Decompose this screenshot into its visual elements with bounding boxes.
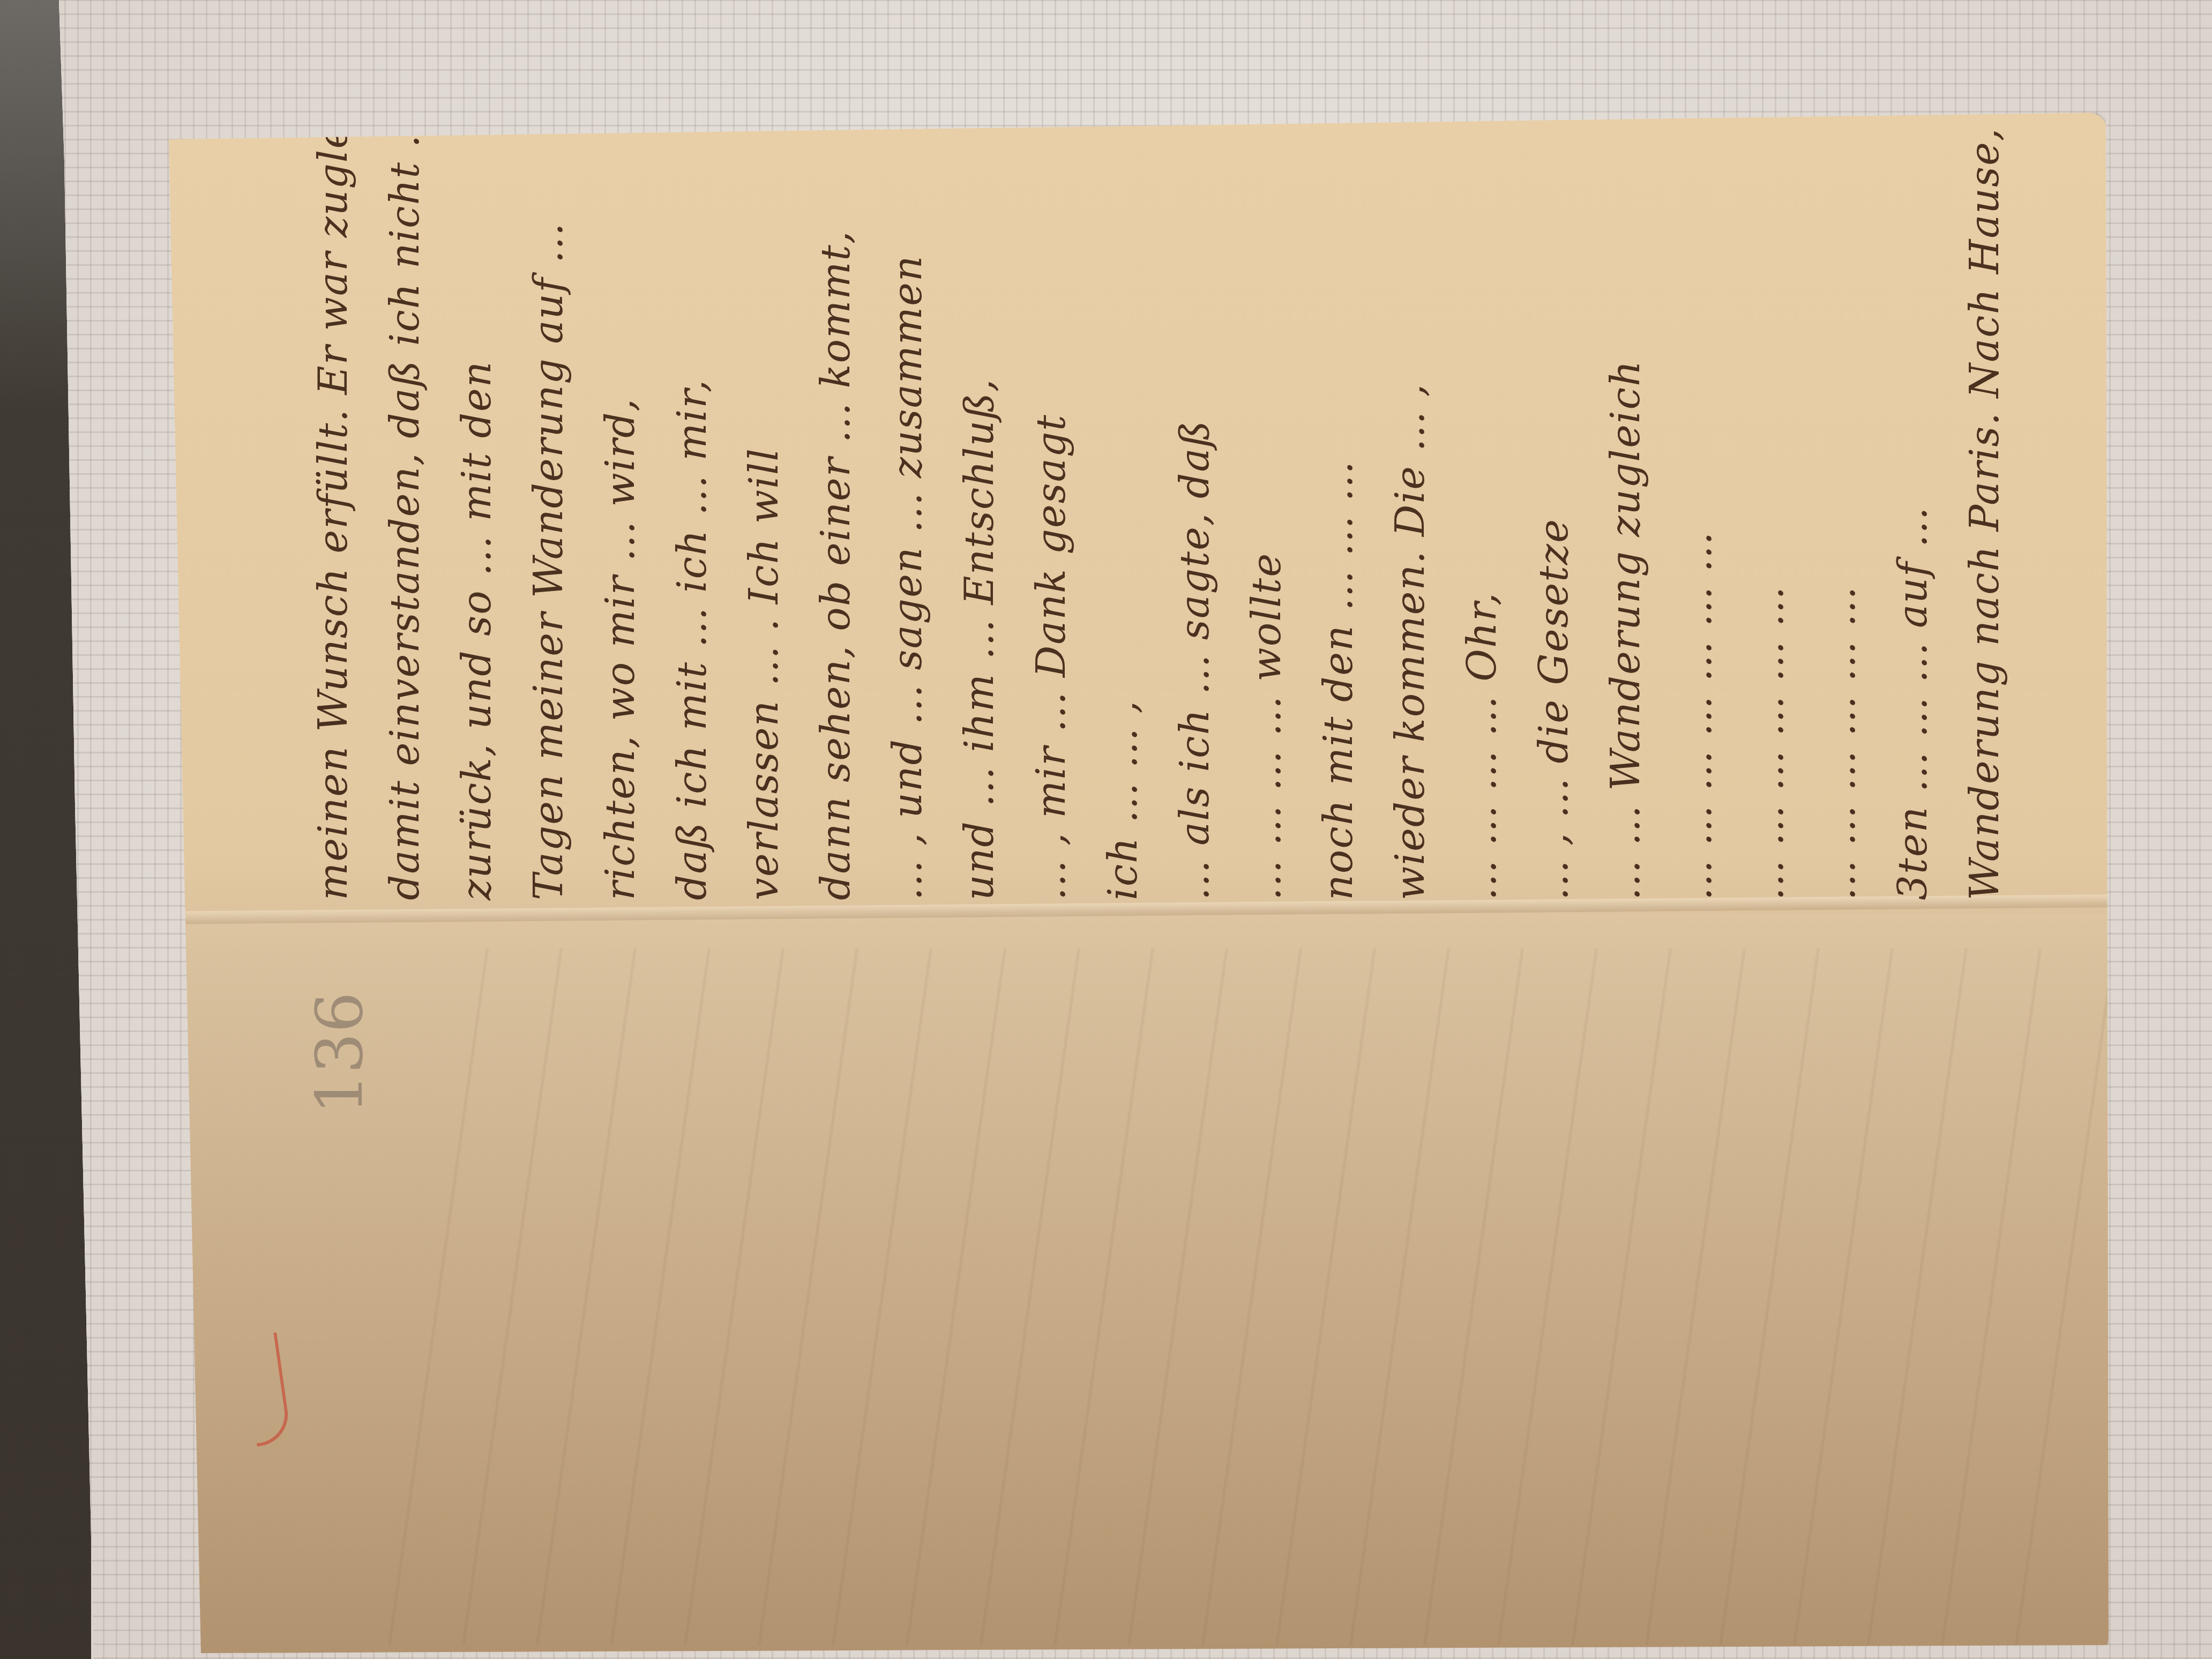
text-line: dann sehen, ob einer ... kommt, <box>800 204 872 900</box>
text-line: Tagen meiner Wanderung auf ... <box>513 204 585 900</box>
bleed-through-ink <box>388 948 2147 1645</box>
text-line: und ... ihm ... Entschluß, <box>944 204 1015 900</box>
letter-sheet: 136 meinen Wunsch erfüllt. Er war zuglei… <box>169 113 2109 1653</box>
text-line: 3ten ... ... ... auf ... <box>1877 204 1949 900</box>
text-line: meinen Wunsch erfüllt. Er war zugleich <box>297 204 369 900</box>
text-line: ... , ... die Gesetze <box>1518 204 1590 900</box>
text-line: Wanderung nach Paris. Nach Hause, <box>1949 204 2021 900</box>
text-line: ... , und ... sagen ... zusammen <box>872 204 944 900</box>
folio-number: 136 <box>303 992 377 1115</box>
text-line: richten, wo mir ... wird, <box>585 204 656 900</box>
text-line: noch mit den ... ... ... <box>1303 204 1374 900</box>
text-line: ... ... ... ... ... ... <box>1733 204 1805 900</box>
text-line: ... als ich ... sagte, daß <box>1159 204 1231 900</box>
text-line: ... ... ... ... Ohr, <box>1446 204 1518 900</box>
text-line: zurück, und so ... mit den <box>441 204 513 900</box>
text-line: ... ... ... ... ... ... <box>1805 204 1877 900</box>
text-line: ... , mir ... Dank gesagt <box>1015 204 1087 900</box>
text-line: wieder kommen. Die ... , <box>1374 204 1446 900</box>
text-line: damit einverstanden, daß ich nicht ... <box>369 204 441 900</box>
handwritten-text-block: meinen Wunsch erfüllt. Er war zugleich d… <box>297 204 2012 900</box>
text-line: ... ... ... ... ... ... ... <box>1662 204 1733 900</box>
text-line: ... ... ... ... wollte <box>1231 204 1303 900</box>
text-line: ich ... ... , <box>1087 204 1159 900</box>
text-line: daß ich mit ... ich ... mir, <box>656 204 728 900</box>
text-line: ... ... Wanderung zugleich <box>1590 204 1662 900</box>
text-line: verlassen ... . Ich will <box>728 204 800 900</box>
